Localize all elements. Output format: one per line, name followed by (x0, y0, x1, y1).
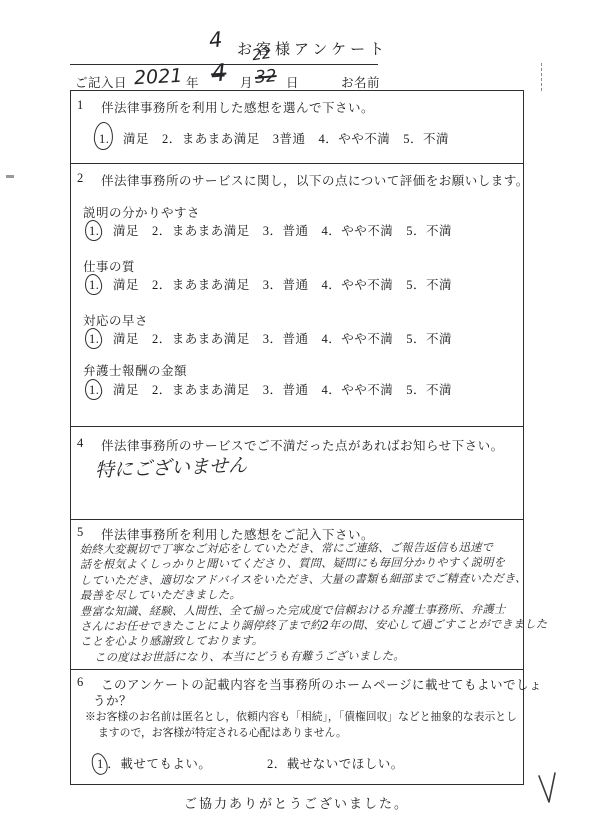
q1-option-list: 満足 2．まあまあ満足 3普通 4．やや不満 5．不満 (123, 132, 449, 146)
q2-item-selected-option-circle: 1. (89, 332, 99, 347)
divider-q2-q4 (71, 426, 523, 427)
q2-item-options-row: 1. 満足 2．まあまあ満足 3．普通 4．やや不満 5．不満 (89, 221, 452, 239)
q4-handwritten-answer: 特にございません (95, 450, 248, 482)
q6-note-line2: ますので，お客様が特定される心配はありません。 (98, 725, 347, 740)
q6-note-line1: ※お客様のお名前は匿名とし，依頼内容も「相続」，「債権回収」などと抽象的な表示と… (85, 709, 517, 724)
scan-artifact-dash (6, 175, 14, 178)
handwritten-checkmark-icon (536, 770, 562, 806)
q6-options-row: 1 ．載せてもよい。 2．載せないでほしい。 (97, 754, 404, 772)
handwritten-title-number: 4 (208, 27, 224, 52)
q2-item-option-list: 満足 2．まあまあ満足 3．普通 4．やや不満 5．不満 (113, 278, 452, 292)
q2-item-options-row: 1. 満足 2．まあまあ満足 3．普通 4．やや不満 5．不満 (89, 380, 452, 398)
q2-item-label: 対応の早さ (83, 311, 148, 329)
q6-prompt-line2: うか？ (93, 691, 132, 709)
q5-handwritten-line: さんにお任せできたことにより調停終了まで約2年の間、安心して過ごすことができまし… (80, 617, 524, 635)
date-label: ご記入日 (75, 73, 127, 91)
q4-number: 4 (77, 436, 101, 454)
divider-q5-q6 (71, 669, 523, 670)
q1-number: 1 (77, 98, 101, 116)
survey-table: 1 伴法律事務所を利用した感想を選んで下さい。 1. 満足 2．まあまあ満足 3… (70, 90, 524, 785)
name-label: お名前 (341, 73, 380, 91)
q5-handwritten-answer: 始終大変親切で丁寧なご対応をしていただき、常にご連絡、ご報告返信も迅速で 話を根… (80, 540, 525, 666)
q6-prompt-line1: このアンケートの記載内容を当事務所のホームページに載せてもよいでしょ (101, 675, 542, 693)
handwritten-day-correction: 22 (251, 44, 272, 64)
q2-item-label: 弁護士報酬の金額 (83, 361, 187, 379)
scan-artifact-vertical-dash (541, 63, 542, 91)
scanned-survey-form: 4 お客様アンケート ご記入日 2021 年 4 月 22 32 日 お名前 1… (0, 0, 593, 836)
q1-selected-option-circle: 1. (99, 132, 109, 147)
q2-prompt: 伴法律事務所のサービスに関し，以下の点について評価をお願いします。 (101, 171, 529, 189)
q6-option1-label: ．載せてもよい。 (107, 757, 211, 771)
q6-selected-option-circle: 1 (97, 757, 104, 772)
q1-options-row: 1. 満足 2．まあまあ満足 3普通 4．やや不満 5．不満 (99, 129, 449, 147)
q2-item-selected-option-circle: 1. (89, 383, 99, 398)
day-unit: 日 (286, 73, 299, 91)
divider-q1-q2 (71, 163, 523, 164)
q6-option2-label: 2．載せないでほしい。 (267, 757, 404, 771)
q2-item-option-list: 満足 2．まあまあ満足 3．普通 4．やや不満 5．不満 (113, 383, 452, 397)
year-unit: 年 (186, 73, 199, 91)
q2-item-label: 説明の分かりやすさ (83, 203, 200, 221)
divider-q4-q5 (71, 519, 523, 520)
footer-thanks: ご協力ありがとうございました。 (70, 793, 523, 812)
q1-prompt: 伴法律事務所を利用した感想を選んで下さい。 (101, 98, 374, 116)
q5-handwritten-line: していただき、適切なアドバイスをいただき、大量の書類も細部までご精査いただき、 (80, 571, 524, 589)
q2-prompt-row: 2 伴法律事務所のサービスに関し，以下の点について評価をお願いします。 (77, 171, 529, 189)
q2-number: 2 (77, 171, 101, 189)
month-unit: 月 (240, 73, 253, 91)
q1-prompt-row: 1 伴法律事務所を利用した感想を選んで下さい。 (77, 98, 374, 116)
q5-number: 5 (77, 525, 101, 543)
q5-handwritten-line: この度はお世話になり、本当にどうも有難うございました。 (80, 648, 524, 666)
q2-item-option-list: 満足 2．まあまあ満足 3．普通 4．やや不満 5．不満 (113, 224, 452, 238)
handwritten-month: 4 (210, 59, 227, 88)
q4-prompt-row: 4 伴法律事務所のサービスでご不満だった点があればお知らせ下さい。 (77, 436, 504, 454)
q2-item-options-row: 1. 満足 2．まあまあ満足 3．普通 4．やや不満 5．不満 (89, 275, 452, 293)
q2-item-options-row: 1. 満足 2．まあまあ満足 3．普通 4．やや不満 5．不満 (89, 329, 452, 347)
q2-item-option-list: 満足 2．まあまあ満足 3．普通 4．やや不満 5．不満 (113, 332, 452, 346)
handwritten-day-crossed-out: 32 (254, 66, 277, 88)
q6-prompt-row: 6 このアンケートの記載内容を当事務所のホームページに載せてもよいでしょ (77, 675, 542, 693)
q2-item-selected-option-circle: 1. (89, 224, 99, 239)
q4-prompt: 伴法律事務所のサービスでご不満だった点があればお知らせ下さい。 (101, 436, 504, 454)
handwritten-year: 2021 (133, 65, 182, 90)
q2-item-selected-option-circle: 1. (89, 278, 99, 293)
q2-item-label: 仕事の質 (83, 257, 135, 275)
